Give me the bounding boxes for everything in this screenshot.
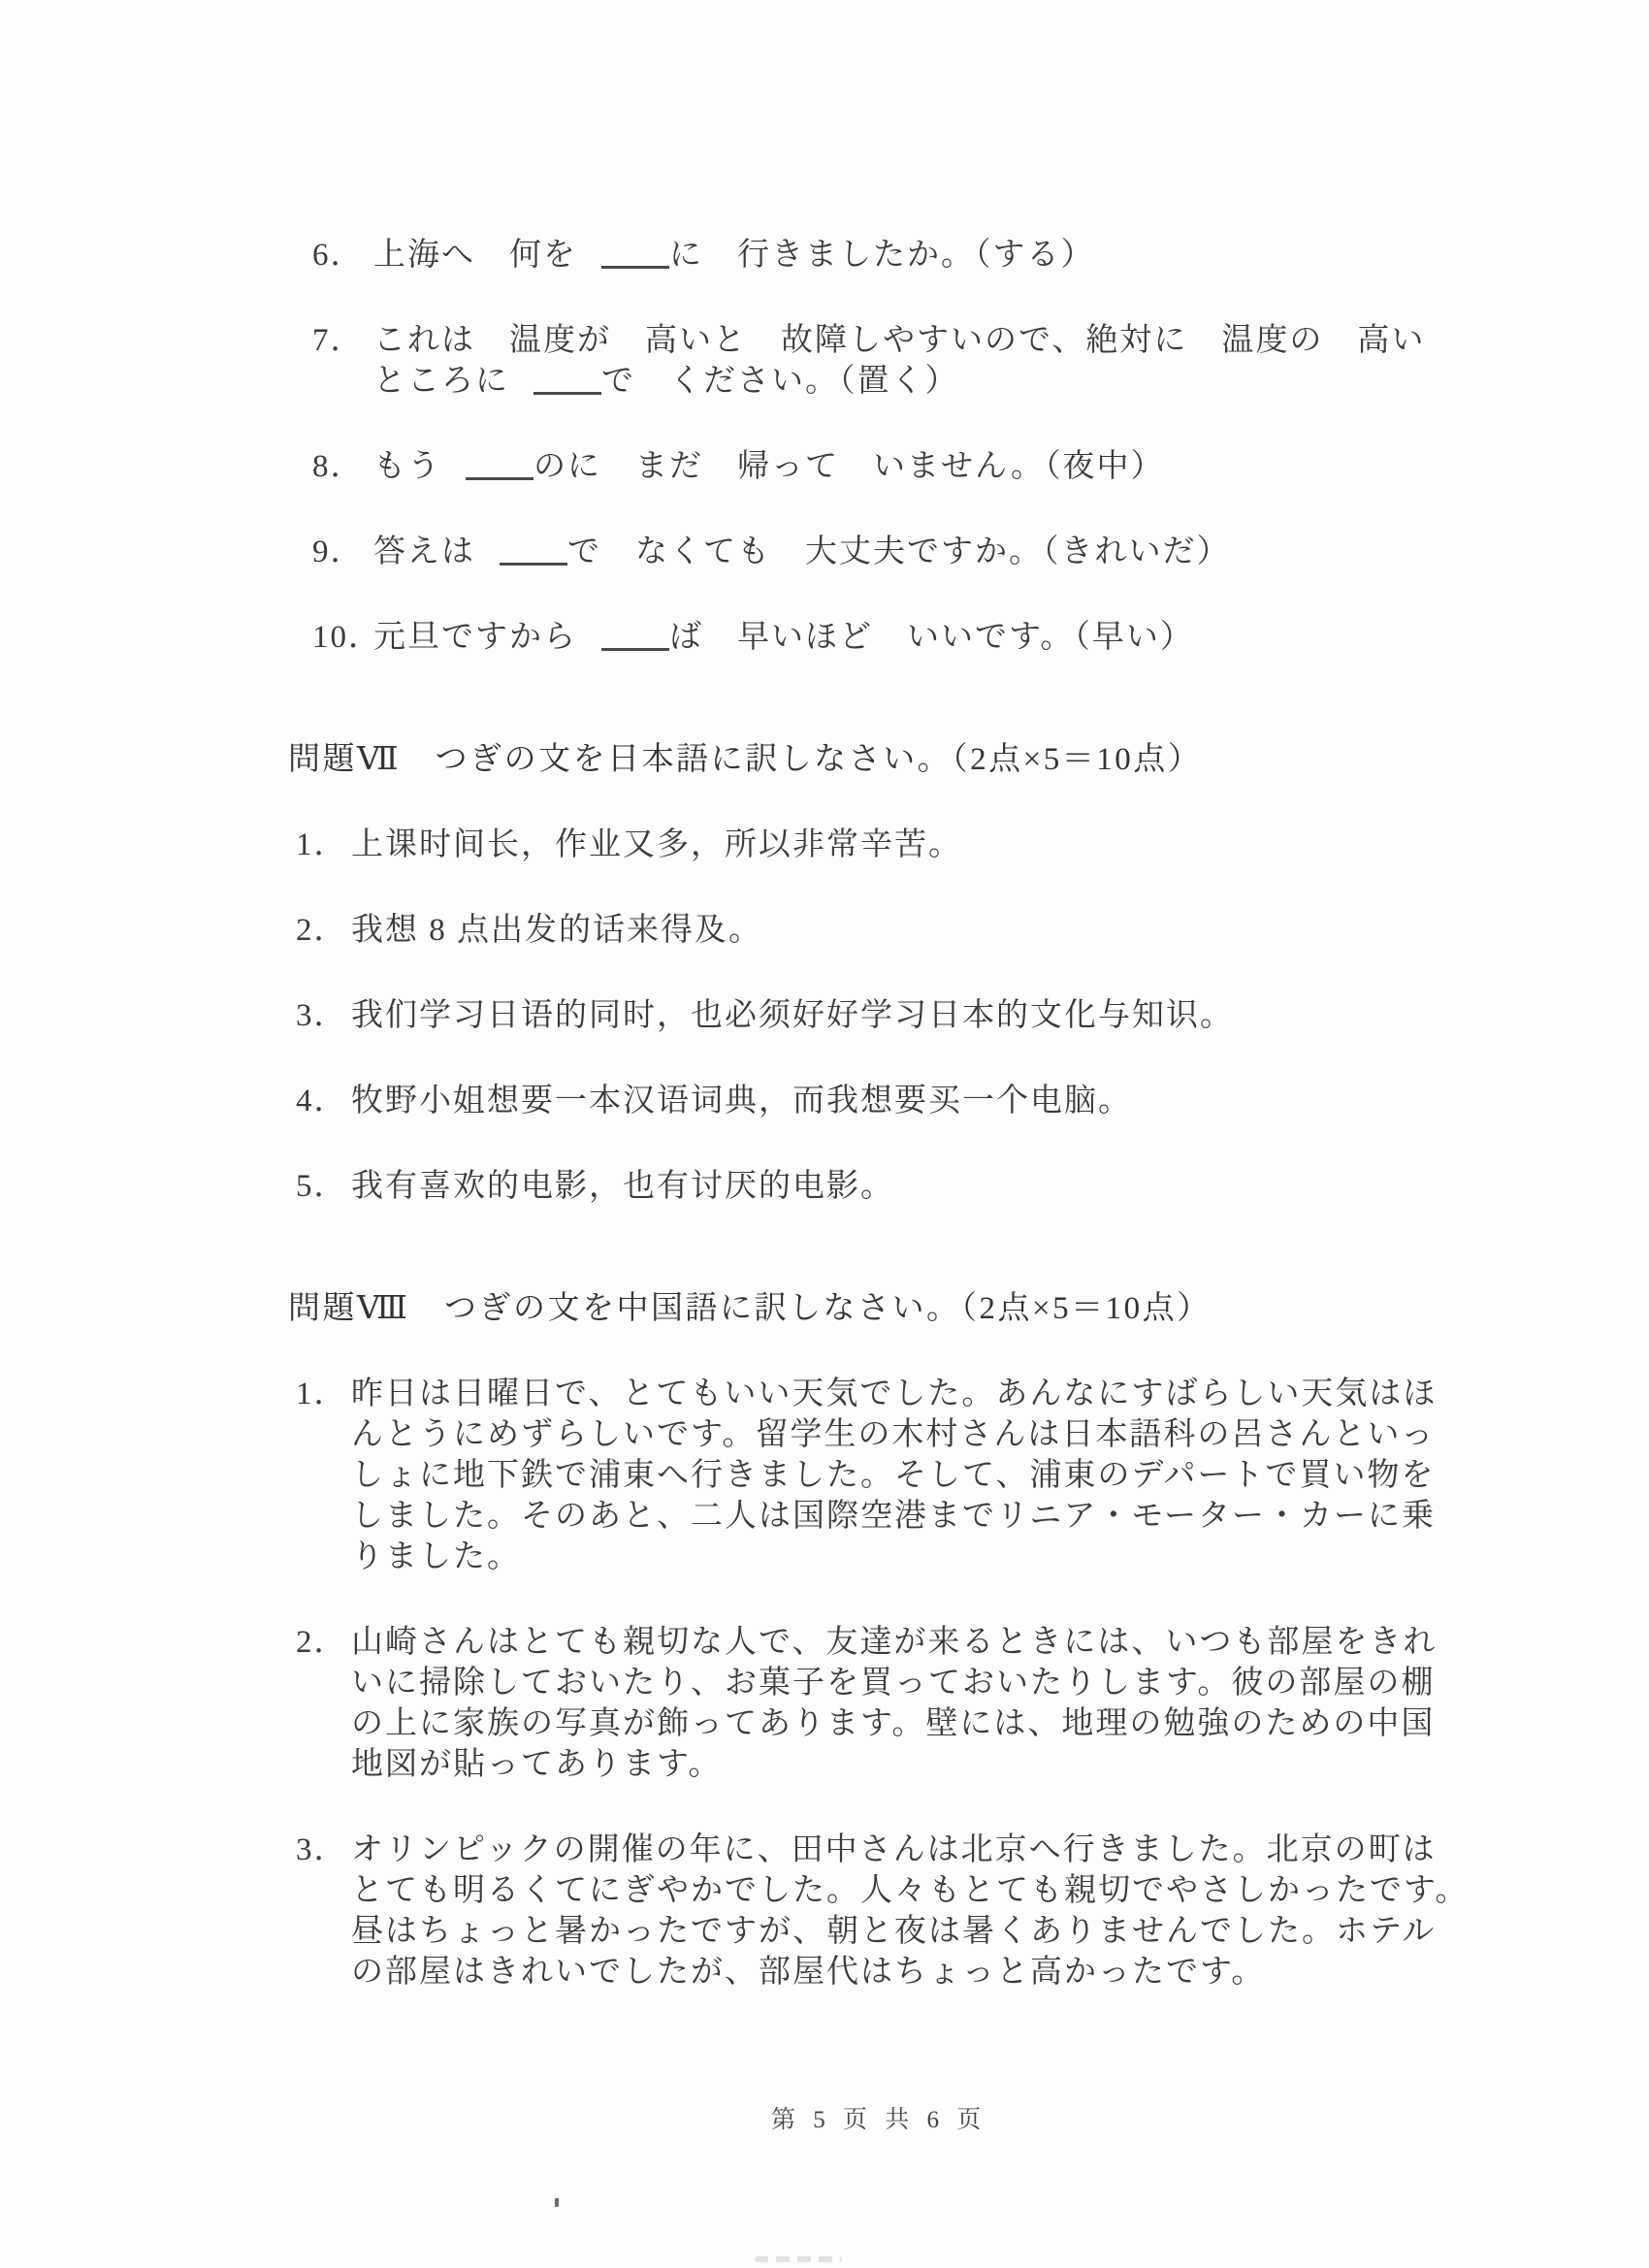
question-8-number: 8． <box>312 446 373 487</box>
section-7-question-4-number: 4． <box>296 1081 351 1121</box>
question-10-number: 10． <box>312 617 373 658</box>
section-7-question-3-text: 我们学习日语的同时，也必须好好学习日本的文化与知识。 <box>351 998 1234 1033</box>
section-8-question-1: 1．昨日は日曜日で、とてもいい天気でした。あんなにすばらしい天気はほ んとうにめ… <box>288 1374 1481 1577</box>
question-8-text-post: のに まだ 帰って いません。（夜中） <box>533 449 1164 484</box>
section-8-question-2-number: 2． <box>296 1622 351 1663</box>
section-8-question-2-text: 山崎さんはとても親切な人で、友達が来るときには、いつも部屋をきれ <box>351 1625 1437 1660</box>
question-9-number: 9． <box>312 532 373 572</box>
section-8-question-1-line-5: りました。 <box>296 1537 1481 1577</box>
question-7-number: 7． <box>312 320 373 361</box>
question-9-text-pre: 答えは <box>373 535 475 569</box>
section-8-question-1-line-2: んとうにめずらしいです。留学生の木村さんは日本語科の呂さんといっ <box>296 1414 1481 1455</box>
section-7-question-2-number: 2． <box>296 910 351 951</box>
section-8-question-3: 3．オリンピックの開催の年に、田中さんは北京へ行きました。北京の町は とても明る… <box>288 1830 1481 1993</box>
section-8-question-2: 2．山崎さんはとても親切な人で、友達が来るときには、いつも部屋をきれ いに掃除し… <box>288 1622 1481 1785</box>
question-7-text-post: で ください。（置く） <box>601 364 959 399</box>
section-8-question-2-line-1: 2．山崎さんはとても親切な人で、友達が来るときには、いつも部屋をきれ <box>296 1622 1481 1663</box>
section-8-question-2-line-3: の上に家族の写真が飾ってあります。壁には、地理の勉強のための中国 <box>296 1703 1481 1744</box>
question-9: 9．答えはで なくても 大丈夫ですか。（きれいだ） <box>288 532 1481 572</box>
question-6: 6．上海へ 何をに 行きましたか。（する） <box>288 235 1481 275</box>
page-content: 6．上海へ 何をに 行きましたか。（する） 7．これは 温度が 高いと 故障しや… <box>288 235 1481 2037</box>
section-7-question-5: 5．我有喜欢的电影，也有讨厌的电影。 <box>288 1166 1481 1207</box>
question-8: 8．もうのに まだ 帰って いません。（夜中） <box>288 446 1481 487</box>
question-9-text-post: で なくても 大丈夫ですか。（きれいだ） <box>567 535 1231 569</box>
section-8-question-3-text: オリンピックの開催の年に、田中さんは北京へ行きました。北京の町は <box>351 1832 1437 1867</box>
question-7-text-pre: ところに <box>373 364 509 399</box>
section-8-question-2-line-2: いに掃除しておいたり、お菓子を買っておいたりします。彼の部屋の棚 <box>296 1663 1481 1703</box>
scan-artifact-edge-smudge <box>755 2256 842 2262</box>
section-8-question-3-line-2: とても明るくてにぎやかでした。人々もとても親切でやさしかったです。 <box>296 1870 1481 1911</box>
question-6-text-pre: 上海へ 何を <box>373 238 577 273</box>
question-8-answer-blank <box>466 470 533 480</box>
section-8-question-1-line-3: しょに地下鉄で浦東へ行きました。そして、浦東のデパートで買い物を <box>296 1455 1481 1496</box>
question-7: 7．これは 温度が 高いと 故障しやすいので、絶対に 温度の 高い ところにで … <box>288 320 1481 402</box>
section-8-question-3-number: 3． <box>296 1830 351 1870</box>
question-8-text-pre: もう <box>373 449 441 484</box>
question-7-line-2: ところにで ください。（置く） <box>312 361 1481 402</box>
question-7-answer-blank <box>533 384 601 395</box>
section-8-question-2-line-4: 地図が貼ってあります。 <box>296 1744 1481 1785</box>
question-6-answer-blank <box>601 258 669 269</box>
section-7-question-2: 2．我想 8 点出发的话来得及。 <box>288 910 1481 951</box>
exam-page: 6．上海へ 何をに 行きましたか。（する） 7．これは 温度が 高いと 故障しや… <box>0 0 1649 2268</box>
section-8-question-1-line-4: しました。そのあと、二人は国際空港までリニア・モーター・カーに乗 <box>296 1496 1481 1537</box>
question-6-number: 6． <box>312 235 373 275</box>
question-10-text-post: ば 早いほど いいです。（早い） <box>669 620 1194 655</box>
section-7-title: 問題Ⅶ つぎの文を日本語に訳しなさい。（2点×5＝10点） <box>288 702 1481 780</box>
question-7-text-line1: これは 温度が 高いと 故障しやすいので、絶対に 温度の 高い <box>373 323 1425 358</box>
section-7-question-4: 4．牧野小姐想要一本汉语词典，而我想要买一个电脑。 <box>288 1081 1481 1121</box>
section-7-question-1-number: 1． <box>296 825 351 865</box>
section-8-question-1-line-1: 1．昨日は日曜日で、とてもいい天気でした。あんなにすばらしい天気はほ <box>296 1374 1481 1414</box>
section-7-question-5-text: 我有喜欢的电影，也有讨厌的电影。 <box>351 1169 894 1204</box>
section-7-question-4-text: 牧野小姐想要一本汉语词典，而我想要买一个电脑。 <box>351 1084 1132 1118</box>
scan-artifact-speck <box>555 2198 559 2207</box>
question-10: 10．元旦ですからば 早いほど いいです。（早い） <box>288 617 1481 658</box>
section-8-question-3-line-1: 3．オリンピックの開催の年に、田中さんは北京へ行きました。北京の町は <box>296 1830 1481 1870</box>
section-7-question-1: 1．上课时间长，作业又多，所以非常辛苦。 <box>288 825 1481 865</box>
section-8-question-1-text: 昨日は日曜日で、とてもいい天気でした。あんなにすばらしい天気はほ <box>351 1377 1437 1411</box>
section-8-title: 問題Ⅷ つぎの文を中国語に訳しなさい。（2点×5＝10点） <box>288 1251 1481 1329</box>
question-6-text-post: に 行きましたか。（する） <box>669 238 1095 273</box>
section-7-question-3-number: 3． <box>296 995 351 1036</box>
section-8-question-3-line-3: 昼はちょっと暑かったですが、朝と夜は暑くありませんでした。ホテル <box>296 1911 1481 1952</box>
section-8-question-3-line-4: の部屋はきれいでしたが、部屋代はちょっと高かったです。 <box>296 1952 1481 1993</box>
section-7-question-2-text: 我想 8 点出发的话来得及。 <box>351 913 762 948</box>
question-9-answer-blank <box>500 555 567 566</box>
question-10-text-pre: 元旦ですから <box>373 620 577 655</box>
question-10-answer-blank <box>601 640 669 651</box>
section-7-question-1-text: 上课时间长，作业又多，所以非常辛苦。 <box>351 827 962 862</box>
question-7-line-1: 7．これは 温度が 高いと 故障しやすいので、絶対に 温度の 高い <box>312 320 1481 361</box>
section-7-question-3: 3．我们学习日语的同时，也必须好好学习日本的文化与知识。 <box>288 995 1481 1036</box>
section-8-question-1-number: 1． <box>296 1374 351 1414</box>
page-footer: 第 5 页 共 6 页 <box>771 2105 986 2136</box>
section-7-question-5-number: 5． <box>296 1166 351 1207</box>
